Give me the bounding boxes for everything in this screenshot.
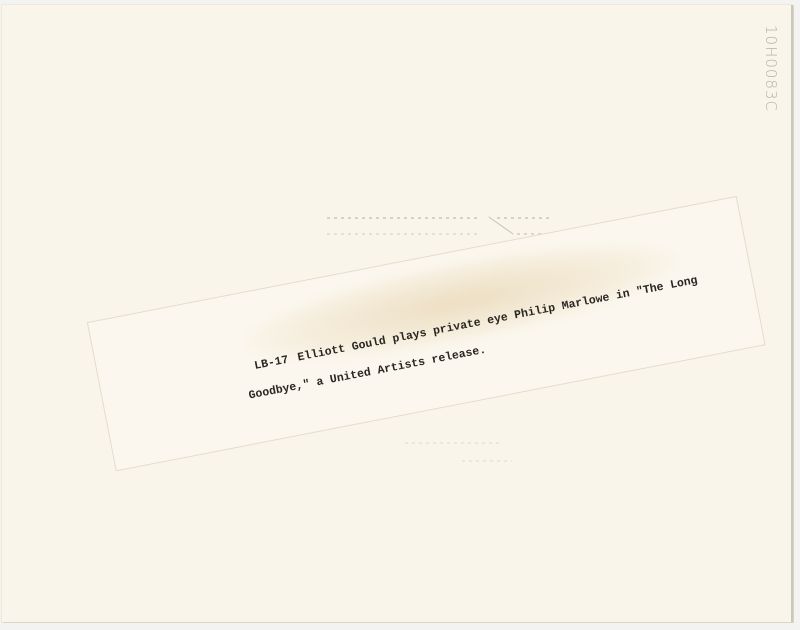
bleed-through-mark <box>488 216 513 234</box>
caption-strip: LB-17Elliott Gould plays private eye Phi… <box>88 197 764 470</box>
bleed-through-mark <box>327 217 477 219</box>
bleed-through-mark <box>462 460 512 462</box>
scanned-document: 10H0083C LB-17Elliott Gould plays privat… <box>0 0 800 630</box>
caption-code: LB-17 <box>253 352 299 374</box>
pencil-annotation: 10H0083C <box>760 25 780 145</box>
photo-back-paper: 10H0083C LB-17Elliott Gould plays privat… <box>2 5 793 622</box>
bleed-through-mark <box>405 442 500 444</box>
bleed-through-mark <box>327 233 477 235</box>
bleed-through-mark <box>497 217 552 219</box>
